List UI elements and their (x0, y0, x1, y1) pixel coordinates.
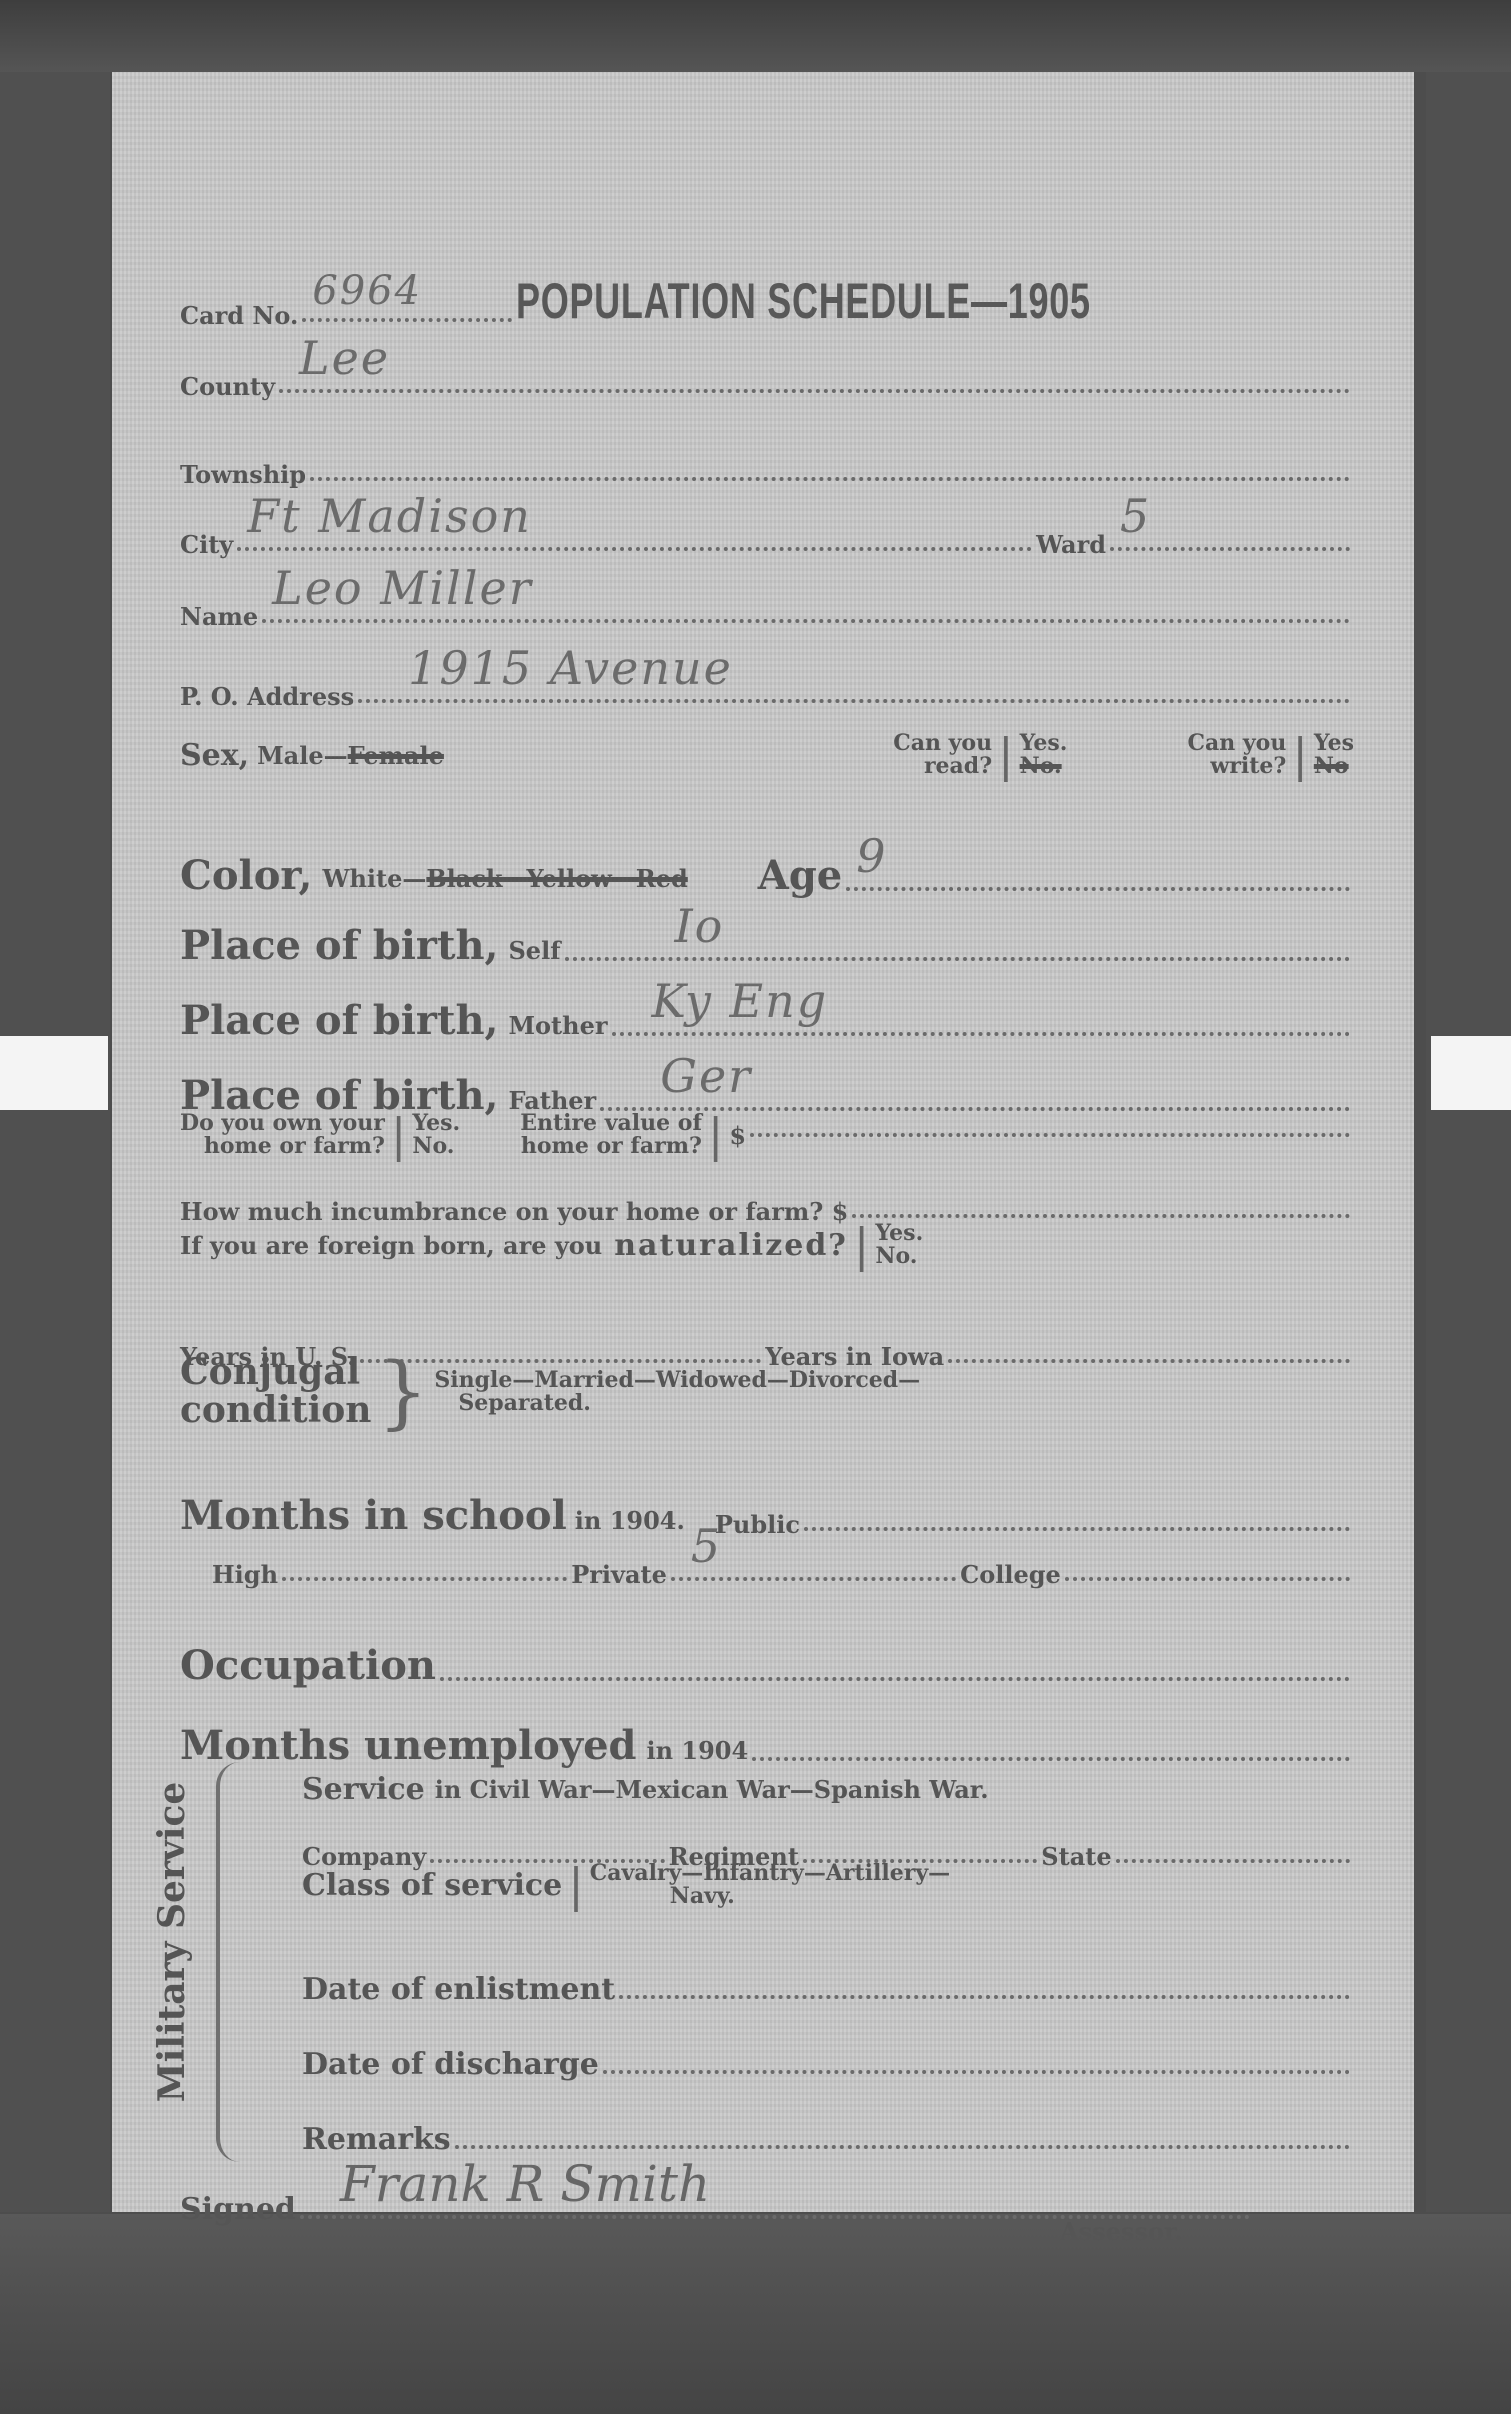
school-high-field (282, 1577, 567, 1581)
write-options: Yes No (1314, 732, 1354, 778)
birth-self-sub: Self (508, 936, 560, 965)
sex-option-male: Male (257, 741, 324, 770)
naturalized-yes: Yes. (875, 1222, 923, 1245)
film-border-top (0, 0, 1511, 72)
remarks-field (455, 2145, 1350, 2149)
write-question: Can you write? (1187, 732, 1286, 778)
film-border-left (0, 72, 110, 2212)
own-home-question: Do you own your home or farm? (180, 1112, 385, 1158)
unemployed-field (752, 1757, 1350, 1761)
county-row: County Lee (180, 372, 1354, 401)
city-row: City Ft Madison Ward 5 (180, 530, 1354, 559)
birth-mother-value: Ky Eng (652, 974, 829, 1028)
service-row: Service in Civil War—Mexican War—Spanish… (302, 1772, 1354, 1807)
enlistment-label: Date of enlistment (302, 1972, 615, 2007)
county-field: Lee (279, 389, 1350, 393)
sex-row: Sex, Male — Female Can you read? | Yes. … (180, 732, 1354, 778)
school-public-field (804, 1527, 1350, 1531)
home-value-question: Entire value of home or farm? (520, 1112, 702, 1158)
color-options-struck: Black—Yellow—Red (426, 864, 687, 893)
name-row: Name Leo Miller (180, 602, 1354, 631)
read-label-1: Can you (893, 732, 992, 755)
school2-row: High Private 5 College (212, 1560, 1354, 1589)
school-sub: in 1904. (575, 1506, 685, 1535)
birth-self-label: Place of birth, (180, 922, 498, 969)
write-yes: Yes (1314, 732, 1354, 755)
military-service-text: Military Service (151, 1782, 193, 2103)
read-label-2: read? (924, 755, 992, 778)
read-yes: Yes. (1020, 732, 1068, 755)
card-header: Card No. 6964 POPULATION SCHEDULE—1905 (180, 272, 1354, 330)
age-label: Age (758, 852, 842, 899)
occupation-row: Occupation (180, 1642, 1354, 1689)
sex-label: Sex, (180, 738, 249, 773)
po-address-value: 1915 Avenue (408, 641, 733, 695)
brace: | (854, 1222, 870, 1268)
own-home-no: No. (412, 1135, 460, 1158)
color-option-white: White (322, 864, 402, 893)
naturalized-label-big: naturalized? (614, 1228, 848, 1263)
naturalized-label: If you are foreign born, are you (180, 1231, 602, 1260)
ward-value: 5 (1120, 489, 1151, 543)
birth-self-field: Io (565, 957, 1350, 961)
naturalized-row: If you are foreign born, are you natural… (180, 1222, 1354, 1268)
school-private-label: Private (571, 1560, 667, 1589)
own-home-row: Do you own your home or farm? | Yes. No.… (180, 1112, 1354, 1158)
conjugal-options-1: Single—Married—Widowed—Divorced— (434, 1369, 920, 1392)
home-value-label-1: Entire value of (520, 1112, 702, 1135)
film-border-right (1426, 72, 1511, 2212)
discharge-field (603, 2070, 1350, 2074)
own-home-yes: Yes. (412, 1112, 460, 1135)
brace: | (1292, 732, 1308, 778)
class-row: Class of service | Cavalry—Infantry—Arti… (302, 1862, 1354, 1908)
unemployed-label: Months unemployed (180, 1722, 636, 1769)
discharge-label: Date of discharge (302, 2047, 599, 2082)
read-question: Can you read? (893, 732, 992, 778)
school-college-label: College (960, 1560, 1061, 1589)
occupation-field (440, 1677, 1350, 1681)
own-home-label-1: Do you own your (180, 1112, 385, 1135)
name-value: Leo Miller (272, 561, 533, 615)
film-border-bottom (0, 2214, 1511, 2414)
incumbrance-field (852, 1214, 1350, 1218)
name-label: Name (180, 602, 258, 631)
unemployed-sub: in 1904 (646, 1736, 748, 1765)
township-label: Township (180, 460, 306, 489)
enlistment-row: Date of enlistment (302, 1972, 1354, 2007)
brace: } (377, 1352, 428, 1432)
naturalized-options: Yes. No. (875, 1222, 923, 1268)
sex-option-female: Female (348, 741, 444, 770)
service-label: Service (302, 1772, 425, 1807)
brace: | (391, 1112, 407, 1158)
page-title: POPULATION SCHEDULE—1905 (516, 272, 1091, 330)
color-row: Color, White — Black—Yellow—Red Age 9 (180, 852, 1354, 899)
read-options: Yes. No. (1020, 732, 1068, 778)
school-private-value: 5 (691, 1519, 722, 1573)
county-label: County (180, 372, 275, 401)
ward-field: 5 (1110, 547, 1350, 551)
conjugal-label-1: Conjugal (180, 1354, 371, 1392)
remarks-label: Remarks (302, 2122, 451, 2157)
age-value: 9 (856, 829, 887, 883)
occupation-label: Occupation (180, 1642, 436, 1689)
brace: | (998, 732, 1014, 778)
signature-value: Frank R Smith (340, 2155, 710, 2213)
school-private-field: 5 (671, 1577, 956, 1581)
school-label: Months in school (180, 1492, 567, 1539)
remarks-row: Remarks (302, 2122, 1354, 2157)
school-row: Months in school in 1904. Public (180, 1492, 1354, 1539)
own-home-label-2: home or farm? (204, 1135, 385, 1158)
military-service-side-label: Military Service (142, 1752, 202, 2132)
card-no-field: 6964 (302, 318, 512, 322)
census-card: Card No. 6964 POPULATION SCHEDULE—1905 C… (112, 72, 1414, 2212)
school-college-field (1065, 1577, 1350, 1581)
service-options: in Civil War—Mexican War—Spanish War. (435, 1775, 989, 1804)
birth-self-row: Place of birth, Self Io (180, 922, 1354, 969)
enlistment-field (619, 1995, 1350, 1999)
birth-self-value: Io (675, 899, 725, 953)
conjugal-options-2: Separated. (434, 1392, 920, 1415)
class-options-1: Cavalry—Infantry—Artillery— (590, 1862, 950, 1885)
school-high-label: High (212, 1560, 278, 1589)
read-no: No. (1020, 755, 1068, 778)
school-public-label: Public (715, 1510, 800, 1539)
birth-mother-row: Place of birth, Mother Ky Eng (180, 997, 1354, 1044)
ward-label: Ward (1036, 530, 1106, 559)
film-light-gap-left (0, 1036, 108, 1110)
home-value-label-2: home or farm? (521, 1135, 702, 1158)
county-value: Lee (299, 331, 390, 385)
township-row: Township (180, 460, 1354, 489)
township-field (310, 477, 1350, 481)
assessor-row: Assessor. (1060, 2217, 1183, 2246)
unemployed-row: Months unemployed in 1904 (180, 1722, 1354, 1769)
conjugal-label-2: condition (180, 1392, 371, 1430)
conjugal-options: Single—Married—Widowed—Divorced— Separat… (434, 1369, 920, 1415)
write-label-2: write? (1210, 755, 1286, 778)
own-home-options: Yes. No. (412, 1112, 460, 1158)
color-label: Color, (180, 852, 312, 899)
conjugal-row: Conjugal condition } Single—Married—Wido… (180, 1352, 1354, 1432)
class-options: Cavalry—Infantry—Artillery— Navy. (590, 1862, 950, 1908)
class-label: Class of service (302, 1868, 562, 1903)
naturalized-no: No. (875, 1245, 923, 1268)
birth-mother-label: Place of birth, (180, 997, 498, 1044)
po-address-field: 1915 Avenue (358, 699, 1350, 703)
city-field: Ft Madison (237, 547, 1032, 551)
signed-label: Signed (180, 2192, 296, 2227)
write-label-1: Can you (1187, 732, 1286, 755)
conjugal-label: Conjugal condition (180, 1354, 371, 1430)
assessor-label: Assessor. (1060, 2217, 1183, 2246)
birth-mother-field: Ky Eng (612, 1032, 1351, 1036)
card-no-label: Card No. (180, 301, 298, 330)
sex-dash: — (324, 741, 348, 770)
city-label: City (180, 530, 233, 559)
discharge-row: Date of discharge (302, 2047, 1354, 2082)
brace: | (568, 1862, 584, 1908)
card-no-value: 6964 (312, 268, 422, 314)
birth-father-value: Ger (660, 1049, 752, 1103)
po-address-row: P. O. Address 1915 Avenue (180, 682, 1354, 711)
class-options-2: Navy. (590, 1885, 950, 1908)
write-no: No (1314, 755, 1354, 778)
home-value-field (750, 1133, 1350, 1137)
brace: | (708, 1112, 724, 1158)
name-field: Leo Miller (262, 619, 1350, 623)
po-address-label: P. O. Address (180, 682, 354, 711)
military-brace (216, 1762, 240, 2162)
home-value-currency: $ (729, 1121, 746, 1150)
film-light-gap-right (1431, 1036, 1511, 1110)
birth-mother-sub: Mother (508, 1011, 607, 1040)
age-field: 9 (846, 887, 1350, 891)
color-dash: — (402, 864, 426, 893)
city-value: Ft Madison (247, 489, 532, 543)
